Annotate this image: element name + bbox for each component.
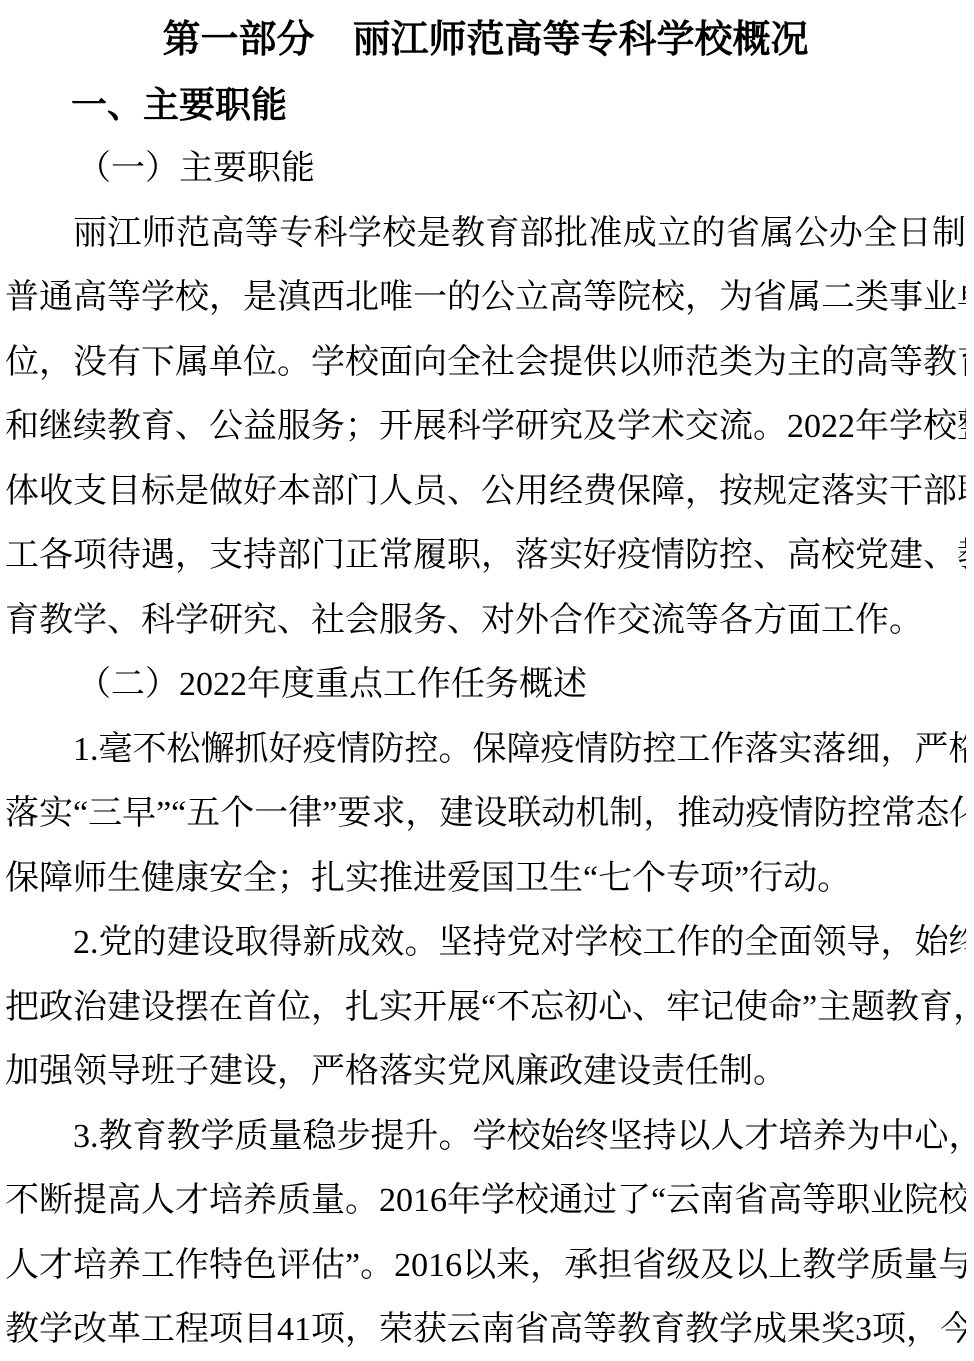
paragraph-3-party-building: 2.党的建设取得新成效。坚持党对学校工作的全面领导，始终把政治建设摆在首位，扎实… (5, 911, 966, 1105)
text-line: 1.毫不松懈抓好疫情防控。保障疫情防控工作落实落细，严格 (5, 718, 966, 783)
paragraph-1: 丽江师范高等专科学校是教育部批准成立的省属公办全日制普通高等学校，是滇西北唯一的… (5, 202, 966, 654)
text-line: 教学改革工程项目41项，荣获云南省高等教育教学成果奖3项，今 (5, 1298, 966, 1361)
text-line: 工各项待遇，支持部门正常履职，落实好疫情防控、高校党建、教 (5, 524, 966, 589)
heading-main-functions: 一、主要职能 (5, 73, 966, 138)
text-line: 2.党的建设取得新成效。坚持党对学校工作的全面领导，始终 (5, 911, 966, 976)
text-line: 加强领导班子建设，严格落实党风廉政建设责任制。 (5, 1040, 966, 1105)
subheading-1-main-functions: （一）主要职能 (5, 137, 966, 202)
document-page: 第一部分 丽江师范高等专科学校概况 一、主要职能 （一）主要职能 丽江师范高等专… (0, 0, 974, 1361)
paragraph-4-teaching-quality: 3.教育教学质量稳步提升。学校始终坚持以人才培养为中心，不断提高人才培养质量。2… (5, 1105, 966, 1361)
document-title: 第一部分 丽江师范高等专科学校概况 (5, 8, 966, 73)
text-line: 不断提高人才培养质量。2016年学校通过了“云南省高等职业院校 (5, 1169, 966, 1234)
paragraph-2-pandemic-control: 1.毫不松懈抓好疫情防控。保障疫情防控工作落实落细，严格落实“三早”“五个一律”… (5, 718, 966, 912)
text-line: 体收支目标是做好本部门人员、公用经费保障，按规定落实干部职 (5, 460, 966, 525)
subheading-2-key-tasks-2022: （二）2022年度重点工作任务概述 (5, 653, 966, 718)
text-line: 人才培养工作特色评估”。2016以来，承担省级及以上教学质量与 (5, 1234, 966, 1299)
text-line: 把政治建设摆在首位，扎实开展“不忘初心、牢记使命”主题教育， (5, 976, 966, 1041)
text-line: 保障师生健康安全；扎实推进爱国卫生“七个专项”行动。 (5, 847, 966, 912)
text-line: 普通高等学校，是滇西北唯一的公立高等院校，为省属二类事业单 (5, 266, 966, 331)
text-line: 3.教育教学质量稳步提升。学校始终坚持以人才培养为中心， (5, 1105, 966, 1170)
text-line: 和继续教育、公益服务；开展科学研究及学术交流。2022年学校整 (5, 395, 966, 460)
text-line: 育教学、科学研究、社会服务、对外合作交流等各方面工作。 (5, 589, 966, 654)
text-line: 落实“三早”“五个一律”要求，建设联动机制，推动疫情防控常态化， (5, 782, 966, 847)
text-line: 位，没有下属单位。学校面向全社会提供以师范类为主的高等教育 (5, 331, 966, 396)
text-line: 丽江师范高等专科学校是教育部批准成立的省属公办全日制 (5, 202, 966, 267)
